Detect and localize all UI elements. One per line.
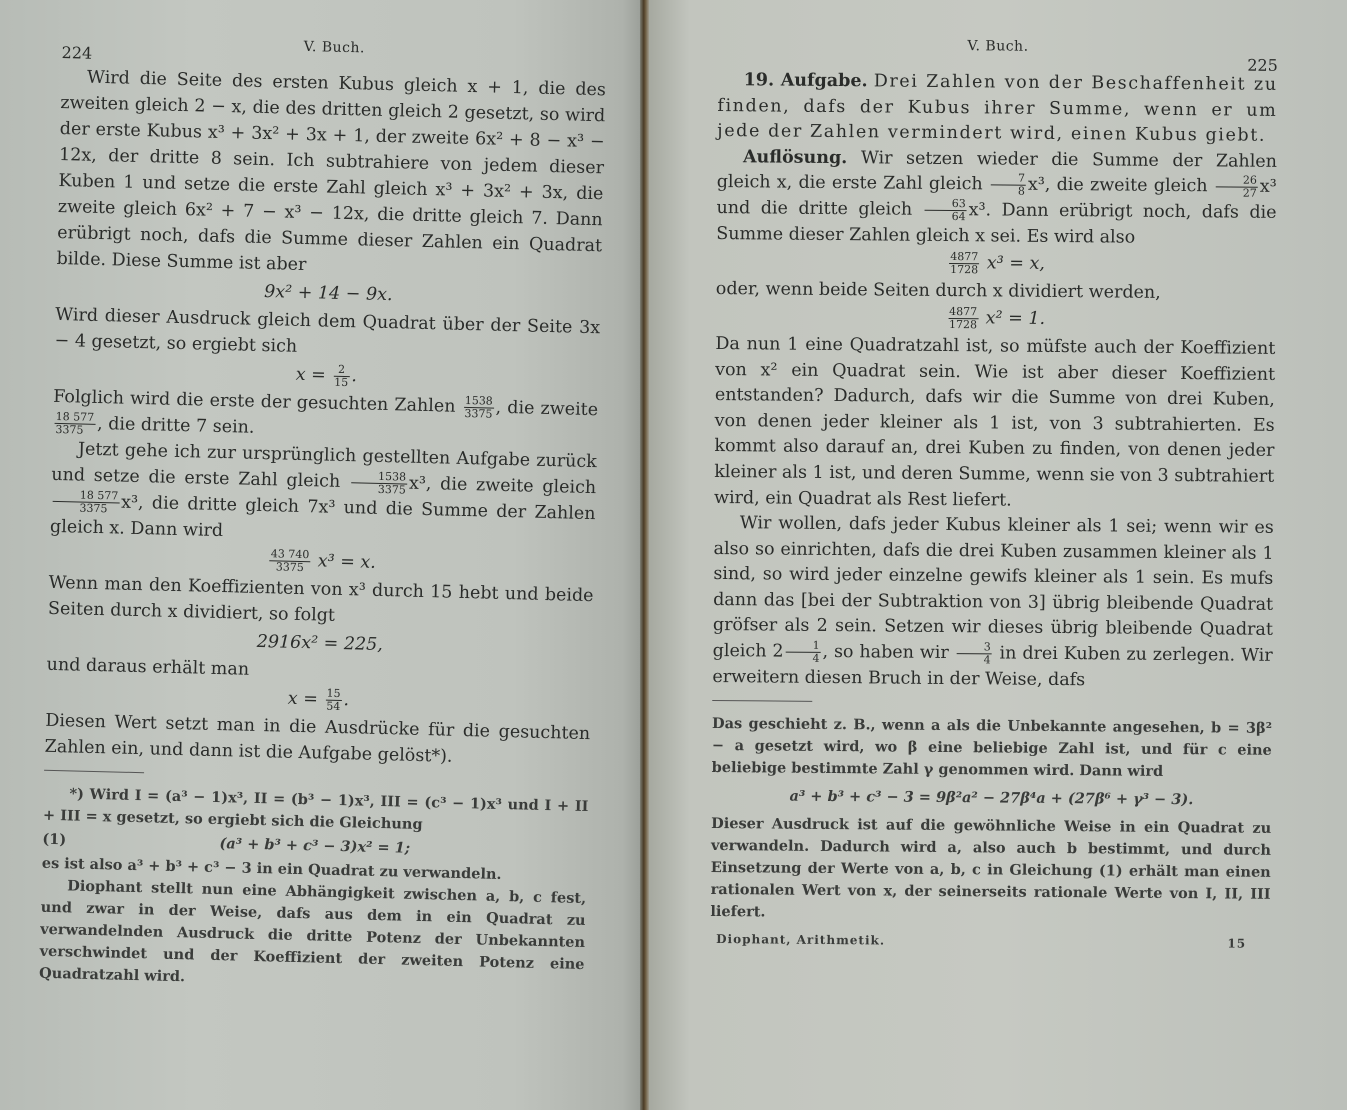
fraction: 18 5773375 xyxy=(54,411,95,437)
signature-title: Diophant, Arithmetik. xyxy=(716,927,885,954)
running-head: V. Buch. xyxy=(718,32,1278,62)
paragraph: Wir wollen, dafs jeder Kubus kleiner als… xyxy=(712,511,1274,695)
formula-lhs: x = xyxy=(295,365,326,386)
left-page-text: 224 V. Buch. Wird die Seite des ersten K… xyxy=(39,38,607,998)
solution-label: Auflösung. xyxy=(743,147,847,168)
footnote-text: Diophant stellt nun eine Abhängigkeit zw… xyxy=(39,875,587,998)
formula: 48771728 x³ = x, xyxy=(716,249,1276,279)
paragraph: oder, wenn beide Seiten durch x dividier… xyxy=(716,277,1276,307)
paragraph: Jetzt gehe ich zur ursprünglich gestellt… xyxy=(50,436,597,553)
footnote-text: Dieser Ausdruck ist auf die gewöhnliche … xyxy=(710,813,1271,928)
fraction: 43 7403375 xyxy=(269,548,310,574)
fraction: 1554 xyxy=(325,688,342,713)
fraction: 18 5773375 xyxy=(52,489,119,516)
fraction: 15383375 xyxy=(351,470,408,496)
task-label: 19. Aufgabe. xyxy=(744,70,868,91)
fraction: 6364 xyxy=(925,198,967,223)
fraction: 15383375 xyxy=(463,395,494,421)
footnote-rule xyxy=(44,770,144,773)
page-signature: Diophant, Arithmetik. 15 xyxy=(710,927,1270,957)
fraction: 34 xyxy=(957,641,992,666)
book-gutter xyxy=(640,0,649,1110)
fraction: 48771728 xyxy=(949,251,979,276)
fraction: 48771728 xyxy=(948,306,978,331)
book-spread: 224 V. Buch. Wird die Seite des ersten K… xyxy=(0,0,1347,1110)
paragraph: Wird die Seite des ersten Kubus gleich x… xyxy=(56,64,606,285)
formula: 48771728 x² = 1. xyxy=(715,304,1275,334)
fraction: 215 xyxy=(333,364,350,389)
footnote-rule xyxy=(712,700,812,702)
equation-label: (1) xyxy=(42,829,66,852)
footnote-text: Das geschieht z. B., wenn a als die Unbe… xyxy=(712,713,1273,784)
footnote: Das geschieht z. B., wenn a als die Unbe… xyxy=(710,713,1272,928)
fraction: 2627 xyxy=(1216,175,1258,200)
fraction: 14 xyxy=(785,640,820,665)
task-statement: 19. Aufgabe. Drei Zahlen von der Beschaf… xyxy=(717,68,1278,150)
footnote-equation: a³ + b³ + c³ − 3 = 9β²a² − 27β⁴a + (27β⁶… xyxy=(711,785,1271,812)
right-page-header: V. Buch. 225 xyxy=(718,42,1278,73)
footnote: *) Wird I = (a³ − 1)x³, II = (b³ − 1)x³,… xyxy=(39,783,589,998)
page-number: 225 xyxy=(1247,53,1278,79)
paragraph: Da nun 1 eine Quadratzahl ist, so müfste… xyxy=(714,332,1276,516)
paragraph: Auflösung. Wir setzen wieder die Summe d… xyxy=(716,145,1277,252)
paragraph: Diesen Wert setzt man in die Ausdrücke f… xyxy=(44,708,590,773)
right-page-text: V. Buch. 225 19. Aufgabe. Drei Zahlen vo… xyxy=(710,42,1278,958)
fraction: 78 xyxy=(991,173,1026,198)
signature-number: 15 xyxy=(1227,932,1246,958)
